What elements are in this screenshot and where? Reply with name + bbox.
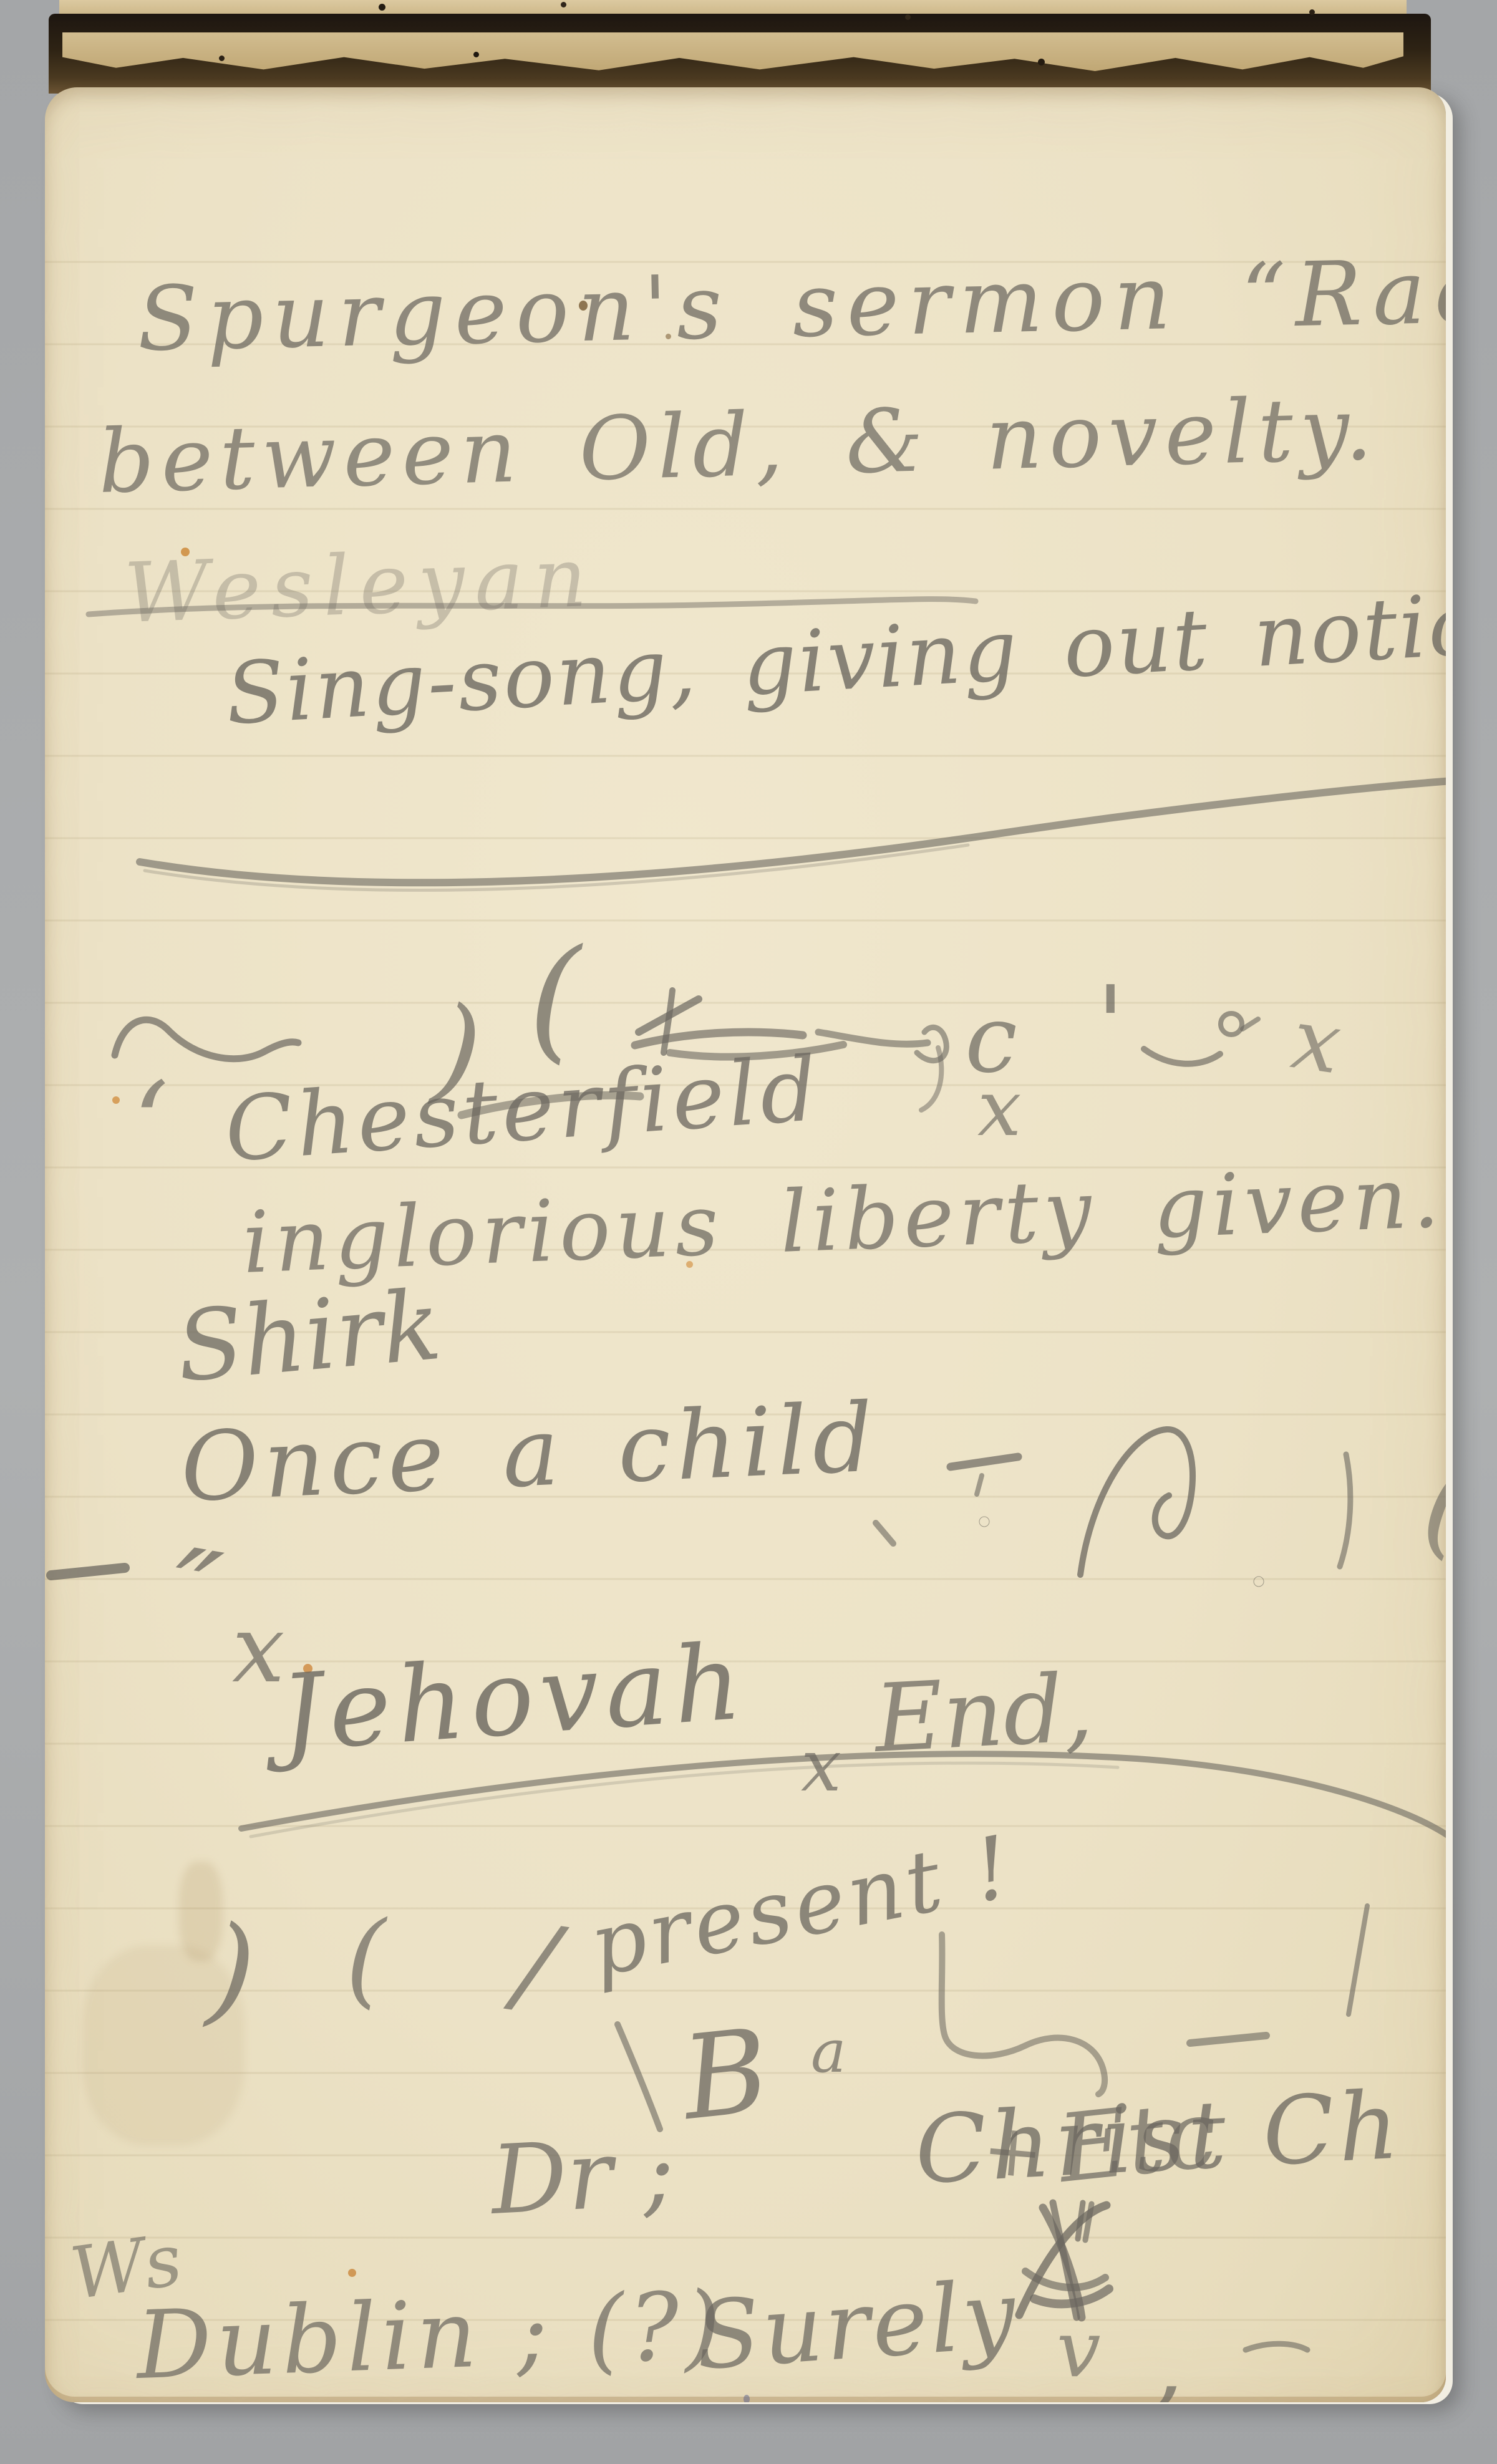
crossed-scribble — [1043, 2208, 1082, 2317]
scribble-stroke — [664, 990, 672, 1053]
tbar-stem — [977, 1476, 982, 1494]
shorthand-circle — [1221, 1013, 1242, 1035]
tick-after-child — [876, 1523, 893, 1544]
shorthand-curve — [1144, 1049, 1220, 1064]
underline-jehovah — [241, 1754, 1446, 1838]
underline-sing-song — [140, 781, 1446, 882]
handwriting-dr: Dr ; — [488, 2116, 677, 2236]
underline-sing-song-echo — [145, 845, 968, 890]
shorthand-open-paren: ( — [528, 920, 581, 1076]
handwriting-b: B — [676, 2003, 775, 2146]
shorthand-tilde — [115, 1020, 298, 1058]
crossed-scribble — [1078, 2203, 1083, 2239]
rust-dot — [112, 1096, 120, 1104]
handwriting-struck-word: Wesleyan — [123, 529, 598, 642]
scribble-loop — [917, 1027, 946, 1060]
crossed-scribble — [1085, 2204, 1092, 2240]
backslash-stroke — [618, 2024, 660, 2129]
scanned-notebook-photo: Spurgeon's sermon “Race between Old, & n… — [0, 0, 1497, 2464]
present-slash: / — [510, 1900, 564, 2031]
crossed-scribble — [1025, 2271, 1105, 2288]
present-close-paren: ) — [204, 1900, 259, 2041]
dash-over-etc — [1190, 2036, 1266, 2043]
scribble-stroke — [639, 999, 699, 1032]
crossed-scribble — [1019, 2205, 1107, 2315]
handwriting-line-2: between Old, & novelty. — [97, 378, 1380, 513]
shorthand-x: x — [1286, 990, 1347, 1093]
tbar-mark — [951, 1457, 1018, 1467]
handwriting-v: v — [1057, 2304, 1101, 2395]
handwriting-jehovah: Jehovah — [276, 1620, 751, 1775]
scribble-descender — [921, 1048, 941, 1110]
apostrophe-stroke — [1340, 1454, 1350, 1567]
shorthand-tail — [1243, 1019, 1258, 1029]
open-quote-mark: ʻ — [132, 1057, 169, 1192]
handwriting-present: present ! — [582, 1816, 1021, 1996]
present-open-paren: ( — [346, 1899, 385, 2019]
scribble-stroke — [818, 1032, 928, 1044]
jehovah-x: x — [801, 1724, 841, 1808]
bracket-mark — [942, 1935, 1105, 2094]
crossed-scribble — [1053, 2203, 1077, 2317]
handwriting-end: End, — [872, 1654, 1095, 1774]
crossed-scribble — [1034, 2289, 1109, 2304]
pencil-dot — [979, 1517, 989, 1527]
rust-dot — [348, 2269, 356, 2277]
after-child-paren: ( — [1414, 1433, 1446, 1573]
shorthand-tick: ' — [1096, 964, 1125, 1087]
handwriting-chesterfield: Chesterfield — [221, 1038, 823, 1182]
pencil-dot — [1254, 1577, 1264, 1587]
handwriting-surely: Surely — [692, 2260, 1021, 2391]
chesterfield-x: x — [977, 1063, 1022, 1154]
handwriting-a-superscript: a — [811, 2017, 846, 2086]
lone-x-mark: x — [232, 1595, 285, 1704]
handwriting-comma: , — [1152, 2304, 1184, 2402]
ditto-marks: ″ — [158, 1521, 230, 1672]
tall-slash — [1349, 1906, 1367, 2014]
notebook-page: Spurgeon's sermon “Race between Old, & n… — [45, 87, 1446, 2402]
ink-fleck — [744, 2395, 750, 2402]
binding-specks — [0, 0, 4, 4]
handwriting-line-6: Shirk — [172, 1268, 445, 1404]
margin-dash — [51, 1568, 125, 1575]
handwriting-line-title: Spurgeon's sermon “Race — [137, 238, 1446, 371]
bottom-right-dash — [1246, 2344, 1307, 2350]
shorthand-arch — [1080, 1429, 1193, 1575]
handwriting-line-7: Once a child — [178, 1382, 880, 1523]
handwriting-dublin: Dublin ; (?) — [135, 2271, 727, 2400]
handwriting-christ-church: Christ Ch — [913, 2071, 1405, 2205]
